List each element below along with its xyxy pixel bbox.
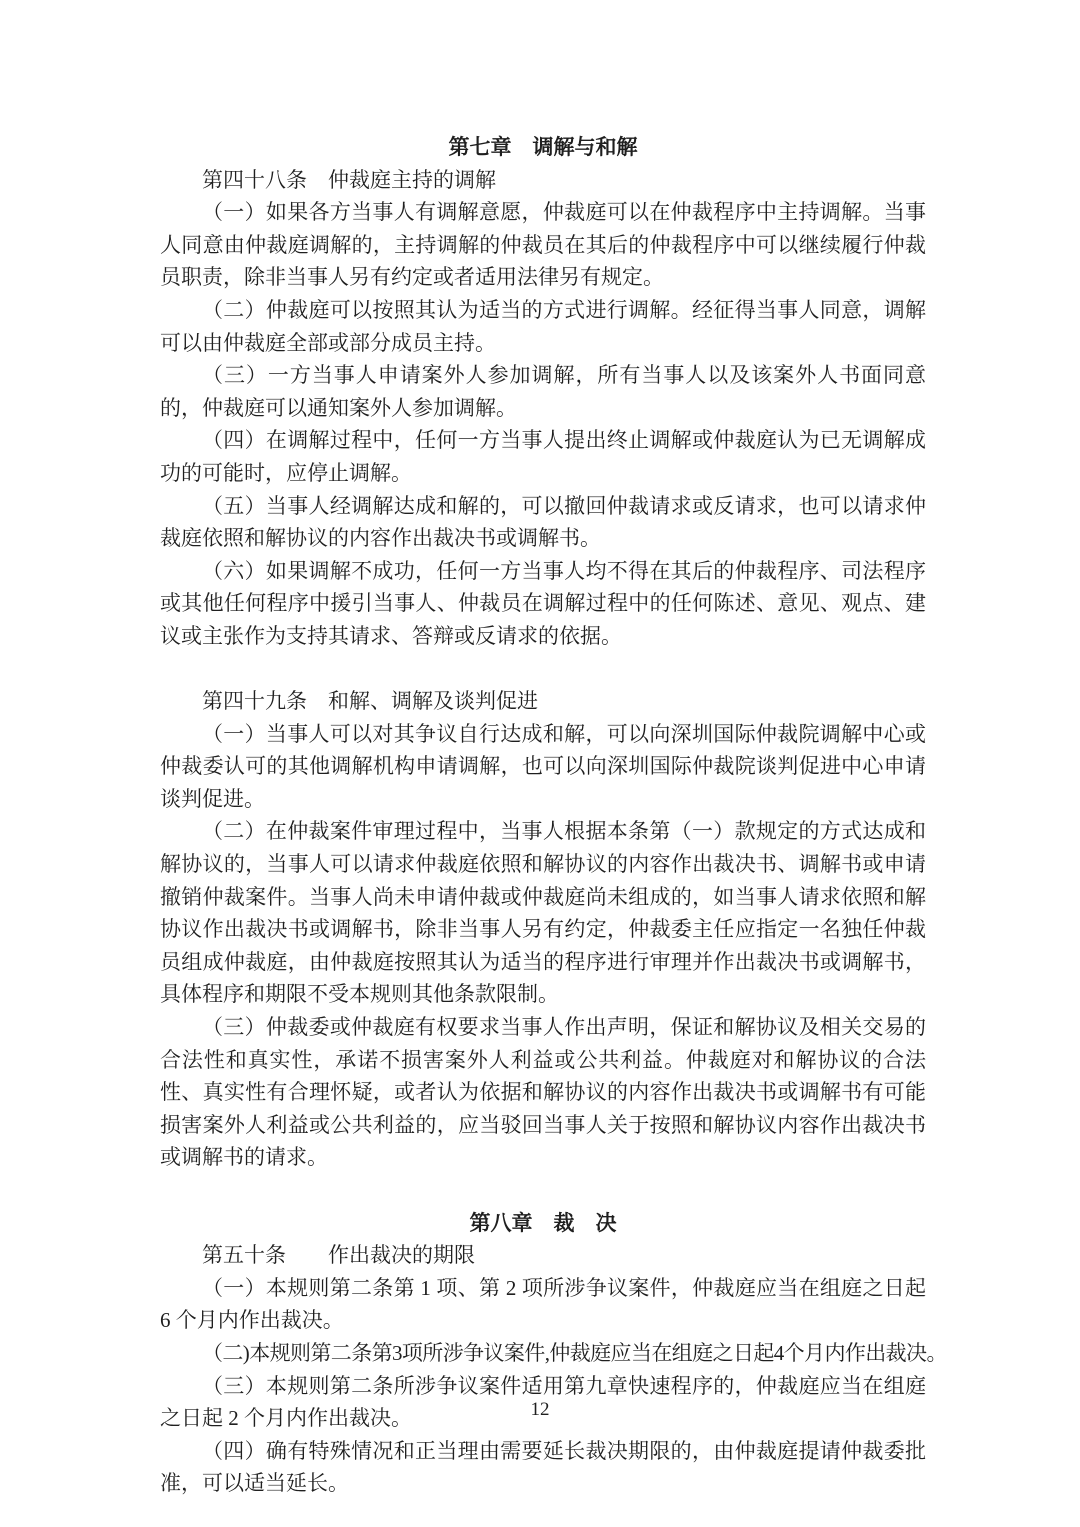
article-50-para-4: （四）确有特殊情况和正当理由需要延长裁决期限的，由仲裁庭提请仲裁委批准，可以适当… — [160, 1435, 926, 1500]
article-50-para-2: （二)本规则第二条第3项所涉争议案件,仲裁庭应当在组庭之日起4个月内作出裁决。 — [160, 1337, 926, 1370]
chapter-8-heading: 第八章 裁 决 — [160, 1207, 926, 1240]
article-50-para-1: （一）本规则第二条第 1 项、第 2 项所涉争议案件，仲裁庭应当在组庭之日起 6… — [160, 1272, 926, 1337]
article-48-para-3: （三）一方当事人申请案外人参加调解，所有当事人以及该案外人书面同意的，仲裁庭可以… — [160, 359, 926, 424]
article-48-heading: 第四十八条 仲裁庭主持的调解 — [160, 164, 926, 197]
article-48-para-1: （一）如果各方当事人有调解意愿，仲裁庭可以在仲裁程序中主持调解。当事人同意由仲裁… — [160, 196, 926, 294]
article-48-para-4: （四）在调解过程中，任何一方当事人提出终止调解或仲裁庭认为已无调解成功的可能时，… — [160, 424, 926, 489]
article-48-para-2: （二）仲裁庭可以按照其认为适当的方式进行调解。经征得当事人同意，调解可以由仲裁庭… — [160, 294, 926, 359]
article-48-para-5: （五）当事人经调解达成和解的，可以撤回仲裁请求或反请求，也可以请求仲裁庭依照和解… — [160, 490, 926, 555]
section-gap — [160, 653, 926, 686]
article-49-para-3: （三）仲裁委或仲裁庭有权要求当事人作出声明，保证和解协议及相关交易的合法性和真实… — [160, 1011, 926, 1174]
article-50-heading: 第五十条 作出裁决的期限 — [160, 1239, 926, 1272]
page-content: 第七章 调解与和解 第四十八条 仲裁庭主持的调解 （一）如果各方当事人有调解意愿… — [160, 131, 926, 1500]
document-page: 第七章 调解与和解 第四十八条 仲裁庭主持的调解 （一）如果各方当事人有调解意愿… — [0, 0, 1080, 1527]
article-49-para-2: （二）在仲裁案件审理过程中，当事人根据本条第（一）款规定的方式达成和解协议的，当… — [160, 815, 926, 1011]
section-gap — [160, 1174, 926, 1207]
article-49-heading: 第四十九条 和解、调解及谈判促进 — [160, 685, 926, 718]
article-48-para-6: （六）如果调解不成功，任何一方当事人均不得在其后的仲裁程序、司法程序或其他任何程… — [160, 555, 926, 653]
article-49-para-1: （一）当事人可以对其争议自行达成和解，可以向深圳国际仲裁院调解中心或仲裁委认可的… — [160, 718, 926, 816]
page-number: 12 — [0, 1396, 1080, 1424]
chapter-7-heading: 第七章 调解与和解 — [160, 131, 926, 164]
